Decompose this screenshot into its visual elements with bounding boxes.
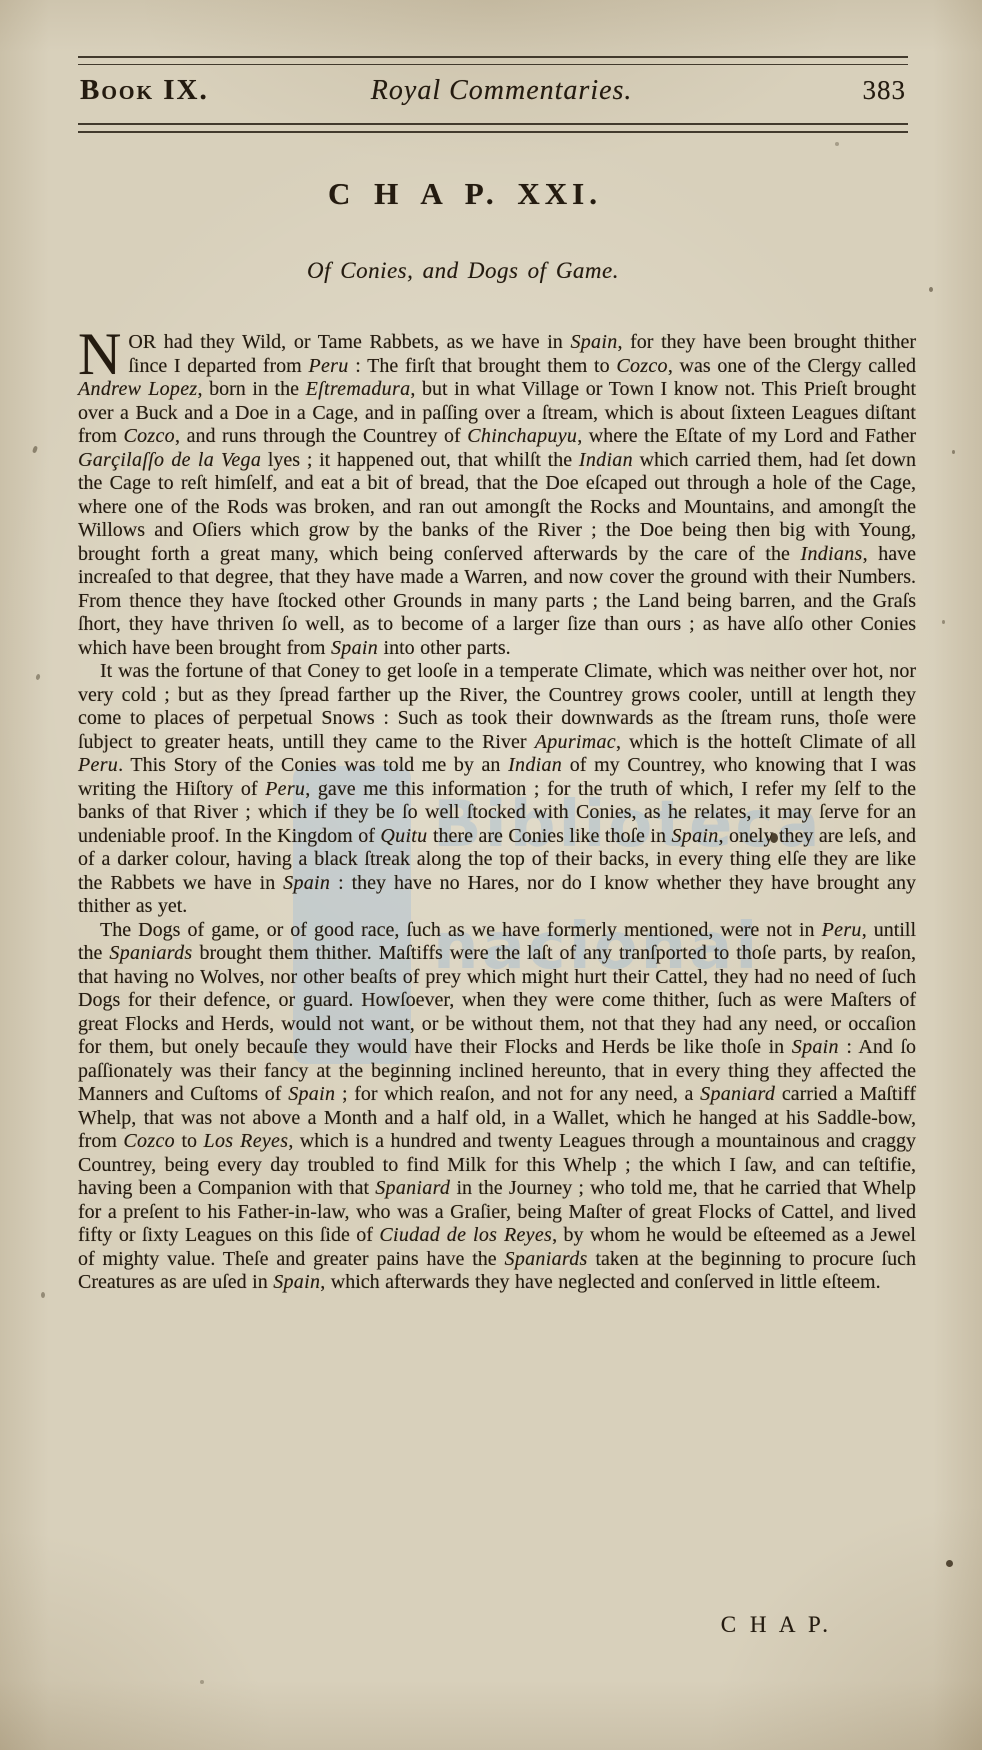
running-header: Book IX. Royal Commentaries. 383 — [78, 56, 908, 133]
ink-speck — [32, 446, 38, 454]
ink-speck — [929, 287, 933, 292]
running-title: Royal Commentaries. — [371, 75, 633, 107]
text-block: NOR had they Wild, or Tame Rabbets, as w… — [78, 331, 916, 1295]
book-label: Book IX. — [80, 74, 209, 107]
header-bottom-rule — [78, 123, 908, 133]
paragraph-1: NOR had they Wild, or Tame Rabbets, as w… — [78, 331, 916, 660]
scanned-book-page: { "header": { "book_label": "Book IX.", … — [0, 0, 982, 1750]
ink-speck — [952, 450, 955, 454]
header-top-rule — [78, 56, 908, 65]
paragraph-2: It was the fortune of that Coney to get … — [78, 660, 916, 919]
ink-speck — [835, 142, 839, 146]
ink-speck — [942, 620, 945, 624]
drop-cap: N — [78, 331, 128, 376]
ink-speck — [946, 1560, 953, 1567]
paragraph-3: The Dogs of game, or of good race, ſuch … — [78, 919, 916, 1295]
catchword: C H A P. — [721, 1612, 832, 1638]
ink-speck — [41, 1292, 45, 1298]
ink-speck — [35, 674, 40, 681]
chapter-heading: C H A P. XXI. — [50, 176, 880, 212]
ink-speck — [200, 1680, 204, 1684]
ink-speck — [770, 833, 778, 843]
chapter-subtitle: Of Conies, and Dogs of Game. — [48, 258, 878, 284]
page-number: 383 — [862, 75, 906, 106]
